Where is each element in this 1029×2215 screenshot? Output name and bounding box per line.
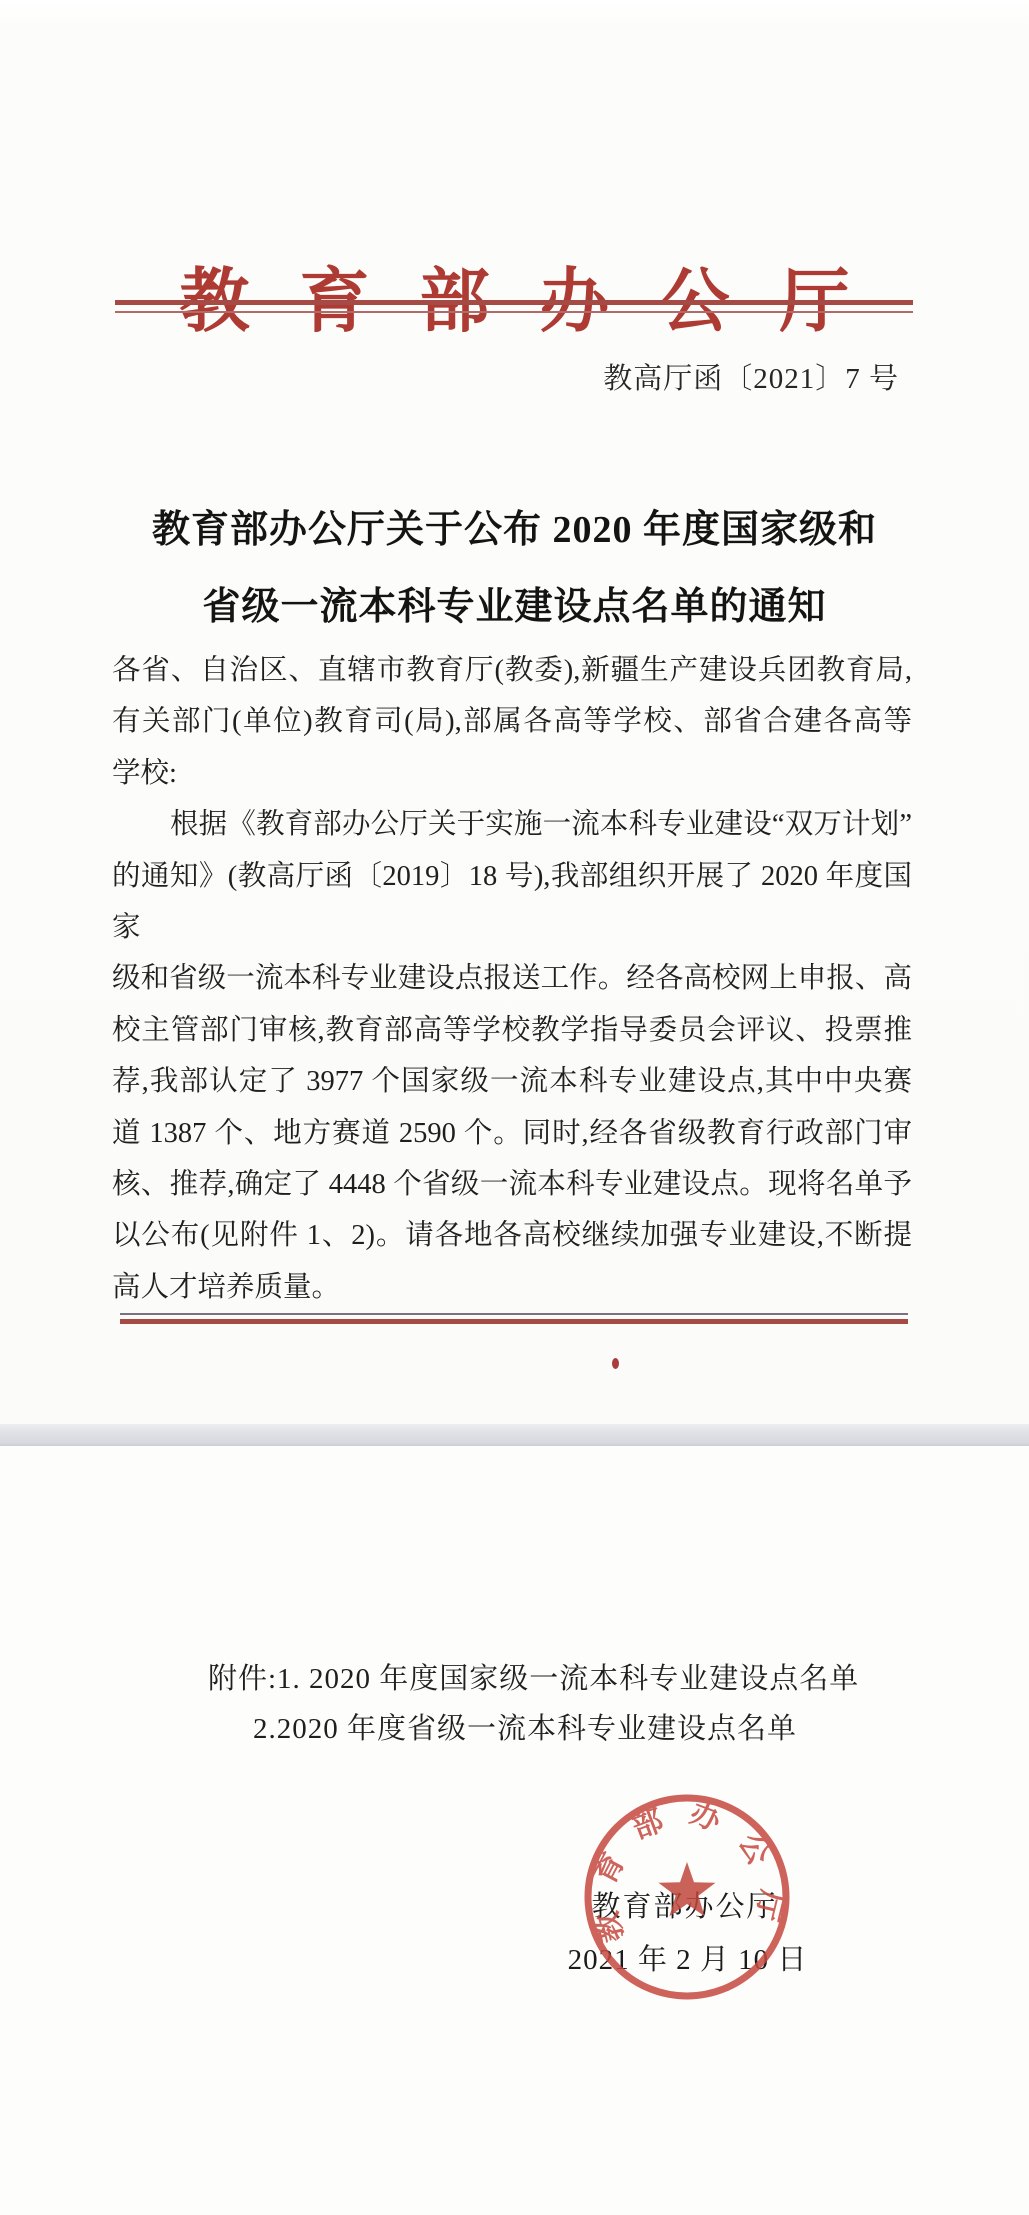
closing-rule [120,1313,908,1324]
red-dot-mark [612,1358,619,1369]
salutation-line: 有关部门(单位)教育司(局),部属各高等学校、部省合建各高等 [112,696,912,747]
body-line: 道 1387 个、地方赛道 2590 个。同时,经各省级教育行政部门审 [112,1108,912,1159]
header-rule [115,300,913,313]
department-signature: 教育部办公厅 [0,1884,1029,1925]
attachment-line-1: 附件:1. 2020 年度国家级一流本科专业建设点名单 [208,1656,859,1697]
doc-number: 教高厅函〔2021〕7 号 [603,356,899,397]
title-line-1: 教育部办公厅关于公布 2020 年度国家级和 [152,509,877,551]
salutation-line: 各省、自治区、直辖市教育厅(教委),新疆生产建设兵团教育局, [112,645,912,696]
page-1: 教育部办公厅 教高厅函〔2021〕7 号 教育部办公厅关于公布 2020 年度国… [0,0,1029,1424]
salutation-line: 学校: [112,748,912,799]
title-line-2: 省级一流本科专业建设点名单的通知 [202,586,826,628]
document-title: 教育部办公厅关于公布 2020 年度国家级和 省级一流本科专业建设点名单的通知 [0,492,1029,646]
body-line: 的通知》(教高厅函〔2019〕18 号),我部组织开展了 2020 年度国家 [112,851,912,954]
closing-rule-thick [120,1319,908,1324]
body-line: 核、推荐,确定了 4448 个省级一流本科专业建设点。现将名单予 [112,1159,912,1210]
body-line: 以公布(见附件 1、2)。请各地各高校继续加强专业建设,不断提 [112,1210,912,1261]
body-line: 荐,我部认定了 3977 个国家级一流本科专业建设点,其中中央赛 [112,1056,912,1107]
page-separator [0,1424,1029,1446]
body-line: 高人才培养质量。 [112,1262,912,1313]
body-line: 校主管部门审核,教育部高等学校教学指导委员会评议、投票推 [112,1005,912,1056]
header-rule-thin [115,311,913,313]
body-line: 级和省级一流本科专业建设点报送工作。经各高校网上申报、高 [112,953,912,1004]
document-body: 各省、自治区、直辖市教育厅(教委),新疆生产建设兵团教育局, 有关部门(单位)教… [112,645,912,1313]
signature-date: 2021 年 2 月 10 日 [0,1937,1029,1978]
scanned-document: 教育部办公厅 教高厅函〔2021〕7 号 教育部办公厅关于公布 2020 年度国… [0,0,1029,2215]
attachment-line-2: 2.2020 年度省级一流本科专业建设点名单 [253,1706,797,1747]
page-2: 附件:1. 2020 年度国家级一流本科专业建设点名单 2.2020 年度省级一… [0,1446,1029,2215]
org-header: 教育部办公厅 [0,245,1029,346]
body-line: 根据《教育部办公厅关于实施一流本科专业建设“双万计划” [112,799,912,850]
